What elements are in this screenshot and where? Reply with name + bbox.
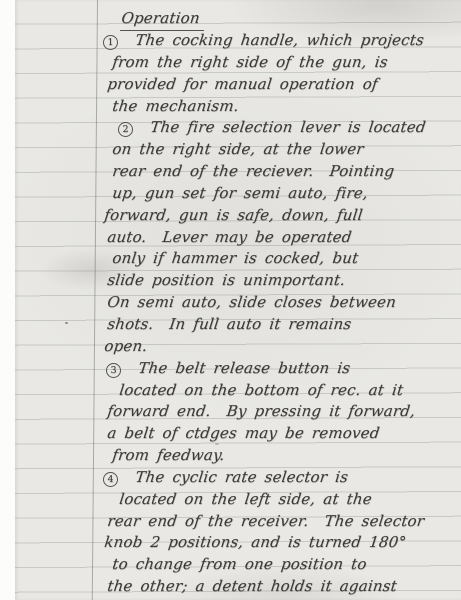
handwritten-line: the mechanism. [103, 96, 461, 118]
line-text: The cocking handle, which projects [134, 30, 425, 52]
line-text: open. [103, 336, 149, 358]
line-text: The fire selection lever is located [149, 117, 427, 139]
handwritten-line: located on the bottom of rec. at it [103, 380, 461, 402]
circled-number: 1 [103, 35, 118, 50]
heading-line: Operation [103, 6, 461, 30]
handwritten-line: up, gun set for semi auto, fire, [103, 183, 461, 205]
line-text: only if hammer is cocked, but [111, 248, 360, 270]
handwritten-line: forward end. By pressing it forward, [103, 401, 461, 423]
circled-number: 2 [118, 122, 133, 137]
line-text: The belt release button is [137, 358, 352, 380]
line-text: provided for manual operation of [106, 74, 379, 96]
line-text: the mechanism. [111, 96, 240, 118]
handwritten-line: 3The belt release button is [103, 358, 461, 380]
handwritten-line: to change from one position to [103, 554, 461, 576]
handwritten-line: rear end of the reciever. Pointing [103, 161, 461, 183]
line-text: on the right side, at the lower [111, 139, 365, 161]
line-text: shots. In full auto it remains [106, 314, 353, 336]
handwritten-line: On semi auto, slide closes between [103, 292, 461, 314]
line-text: located on the bottom of rec. at it [118, 380, 405, 402]
line-text: slide position is unimportant. [106, 270, 346, 292]
line-text: rear end of the reciever. Pointing [111, 161, 396, 183]
handwritten-line: from feedway. [103, 445, 461, 467]
line-text: knob 2 positions, and is turned 180° [103, 532, 407, 554]
handwritten-line: auto. Lever may be operated [103, 227, 461, 249]
handwritten-line: the other; a detent holds it against [103, 576, 461, 598]
line-text: located on the left side, at the [118, 489, 373, 511]
line-text: auto. Lever may be operated [106, 227, 353, 249]
line-text: up, gun set for semi auto, fire, [111, 183, 369, 205]
handwritten-line: provided for manual operation of [103, 74, 461, 96]
line-text: forward, gun is safe, down, full [103, 205, 364, 227]
line-text: to change from one position to [111, 554, 368, 576]
handwritten-line: on the right side, at the lower [103, 139, 461, 161]
handwritten-line: only if hammer is cocked, but [103, 248, 461, 270]
heading-text: Operation [120, 6, 207, 31]
handwritten-line: 1The cocking handle, which projects [103, 30, 461, 52]
scanner-edge-strip [0, 0, 15, 600]
line-text: a belt of ctdges may be removed [106, 423, 381, 445]
handwritten-line: a belt of ctdges may be removed [103, 423, 461, 445]
handwritten-line: 2The fire selection lever is located [103, 117, 461, 139]
line-text: The cyclic rate selector is [134, 467, 349, 489]
scanned-page: Operation 1The cocking handle, which pro… [0, 0, 461, 600]
handwritten-line: located on the left side, at the [103, 489, 461, 511]
circled-number: 4 [103, 472, 118, 487]
line-text: from the right side of the gun, is [111, 52, 389, 74]
line-text: rear end of the receiver. The selector [106, 511, 425, 533]
scan-speck [65, 322, 68, 324]
handwritten-line: shots. In full auto it remains [103, 314, 461, 336]
handwritten-line: knob 2 positions, and is turned 180° [103, 532, 461, 554]
handwritten-text: Operation 1The cocking handle, which pro… [103, 6, 461, 600]
circled-number: 3 [106, 363, 121, 378]
line-text: from feedway. [111, 445, 226, 467]
handwritten-line: slide position is unimportant. [103, 270, 461, 292]
handwritten-line: open. [103, 336, 461, 358]
line-text: forward end. By pressing it forward, [106, 401, 416, 423]
handwritten-line: from the right side of the gun, is [103, 52, 461, 74]
line-text: the other; a detent holds it against [106, 576, 398, 598]
handwritten-line: 4The cyclic rate selector is [103, 467, 461, 489]
notebook-paper: Operation 1The cocking handle, which pro… [15, 0, 461, 600]
line-text: On semi auto, slide closes between [106, 292, 397, 314]
handwritten-line: rear end of the receiver. The selector [103, 511, 461, 533]
handwritten-line: forward, gun is safe, down, full [103, 205, 461, 227]
